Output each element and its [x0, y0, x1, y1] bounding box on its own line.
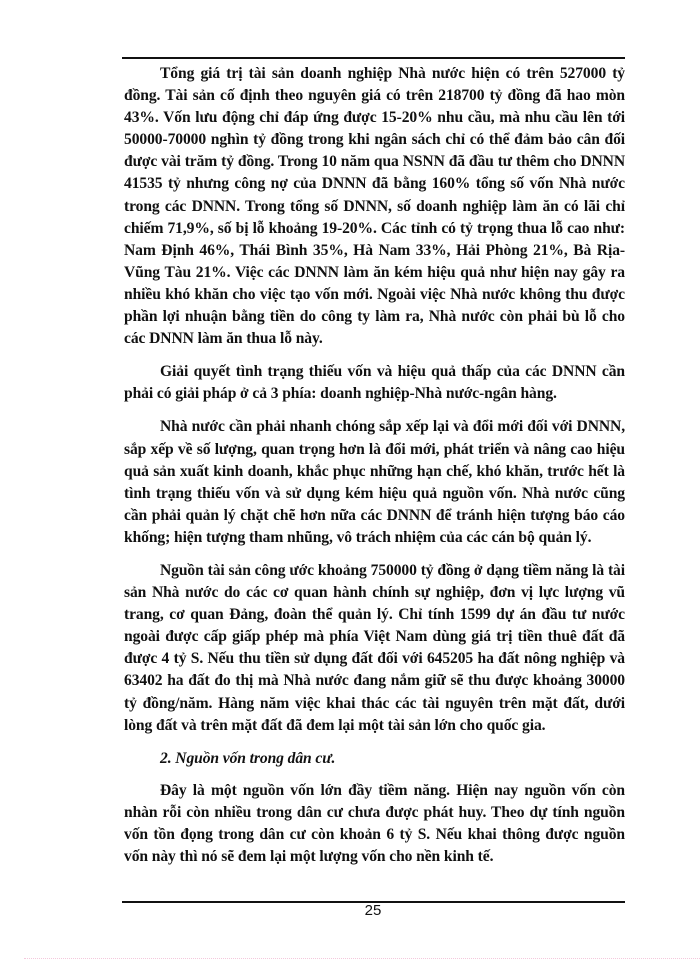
- document-page: Tổng giá trị tài sản doanh nghiệp Nhà nư…: [0, 0, 700, 960]
- section-heading: 2. Nguồn vốn trong dân cư.: [124, 748, 625, 770]
- paragraph-solution: Giải quyết tình trạng thiếu vốn và hiệu …: [124, 361, 625, 405]
- paragraph-state-assets: Tổng giá trị tài sản doanh nghiệp Nhà nư…: [124, 63, 625, 350]
- paragraph-public-assets: Nguồn tài sản công ước khoảng 750000 tỷ …: [124, 560, 625, 737]
- body-text: Tổng giá trị tài sản doanh nghiệp Nhà nư…: [124, 63, 625, 879]
- page-boundary-dotted-line: [24, 958, 700, 959]
- page-number: 25: [0, 902, 700, 919]
- paragraph-state-reform: Nhà nước cần phải nhanh chóng sắp xếp lạ…: [124, 416, 625, 549]
- header-rule: [122, 57, 625, 59]
- paragraph-resident-capital: Đây là một nguồn vốn lớn đầy tiềm năng. …: [124, 780, 625, 868]
